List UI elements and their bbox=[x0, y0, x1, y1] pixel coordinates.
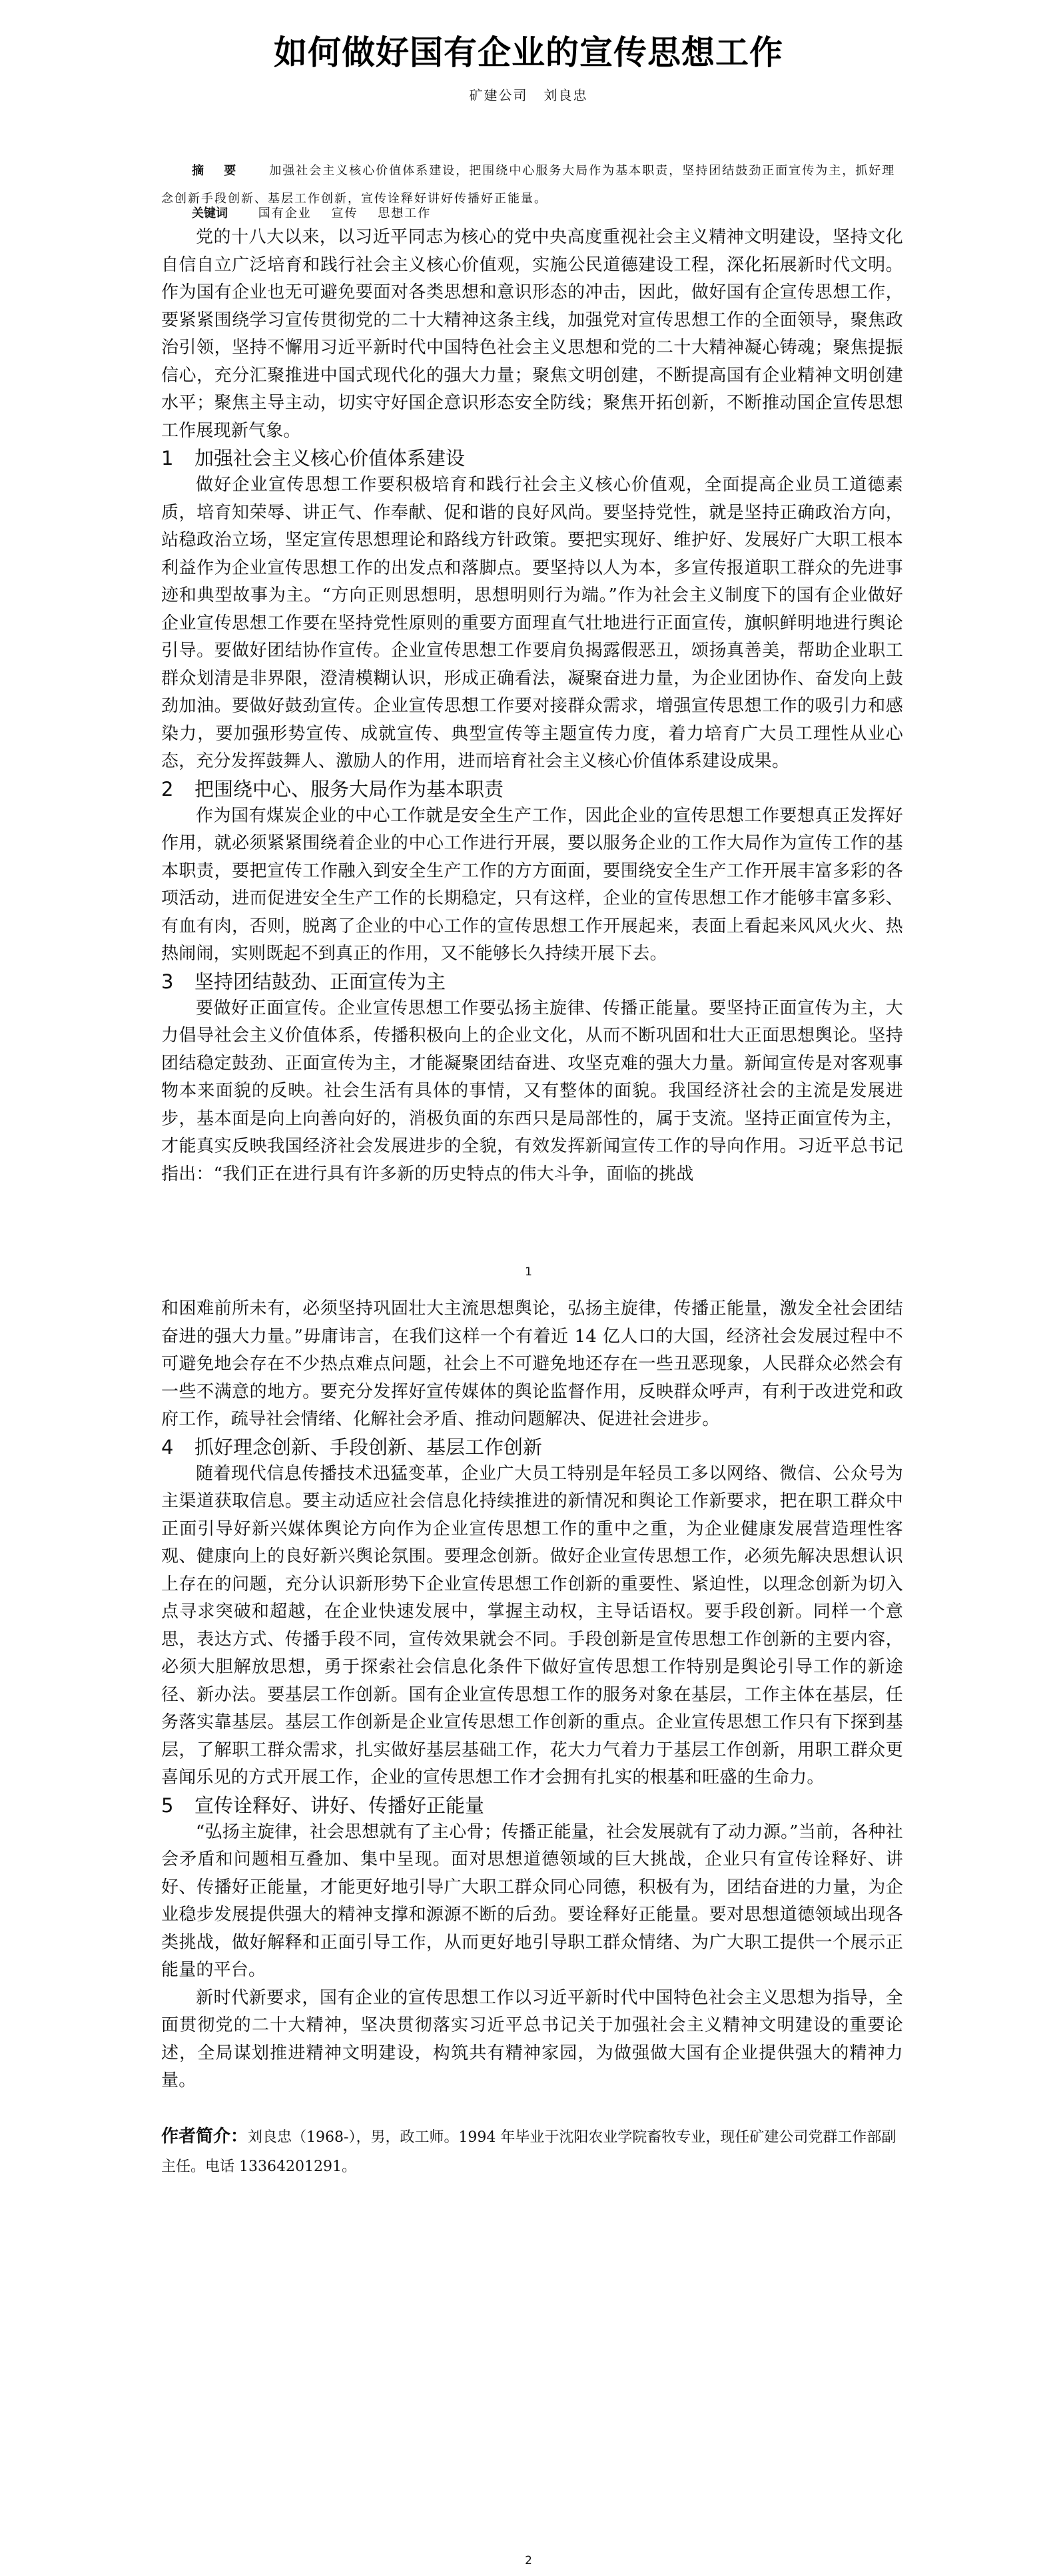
keywords: 关键词 国有企业 宣传 思想工作 bbox=[192, 204, 446, 224]
keyword: 国有企业 bbox=[258, 206, 312, 220]
page-number: 1 bbox=[0, 1265, 1057, 1279]
section-heading-2: 2把围绕中心、服务大局作为基本职责 bbox=[161, 776, 903, 803]
section-2-paragraph: 作为国有煤炭企业的中心工作就是安全生产工作，因此企业的宣传思想工作要想真正发挥好… bbox=[161, 803, 903, 968]
section-4-paragraph: 随着现代信息传播技术迅猛变革，企业广大员工特别是年轻员工多以网络、微信、公众号为… bbox=[161, 1460, 903, 1792]
section-heading-4: 4抓好理念创新、手段创新、基层工作创新 bbox=[161, 1434, 903, 1460]
section-1-paragraph: 做好企业宣传思想工作要积极培育和践行社会主义核心价值观，全面提高企业员工道德素质… bbox=[161, 472, 903, 776]
affiliation: 矿建公司 bbox=[470, 87, 528, 103]
section-5-paragraph: “弘扬主旋律，社会思想就有了主心骨；传播正能量，社会发展就有了动力源。”当前，各… bbox=[161, 1819, 903, 1985]
section-heading-3: 3坚持团结鼓劲、正面宣传为主 bbox=[161, 968, 903, 995]
keyword: 思想工作 bbox=[378, 206, 431, 220]
abstract-text: 加强社会主义核心价值体系建设，把围绕中心服务大局作为基本职责，坚持团结鼓劲正面宣… bbox=[161, 164, 895, 206]
keywords-label: 关键词 bbox=[192, 206, 228, 220]
page-number: 2 bbox=[0, 2554, 1057, 2567]
section-heading-5: 5宣传诠释好、讲好、传播好正能量 bbox=[161, 1792, 903, 1819]
section-title: 坚持团结鼓劲、正面宣传为主 bbox=[194, 970, 446, 993]
author-bio-text: 刘良忠（1968-），男，政工师。1994 年毕业于沈阳农业学院畜牧专业，现任矿… bbox=[161, 2129, 896, 2175]
conclusion-paragraph: 新时代新要求，国有企业的宣传思想工作以习近平新时代中国特色社会主义思想为指导，全… bbox=[161, 1985, 903, 2095]
author-name: 刘良忠 bbox=[544, 87, 588, 103]
section-title: 把围绕中心、服务大局作为基本职责 bbox=[194, 778, 504, 801]
page-1-body: 党的十八大以来，以习近平同志为核心的党中央高度重视社会主义精神文明建设，坚持文化… bbox=[161, 224, 903, 1188]
author-bio: 作者简介：刘良忠（1968-），男，政工师。1994 年毕业于沈阳农业学院畜牧专… bbox=[161, 2122, 903, 2182]
page-2-body: 和困难前所未有，必须坚持巩固壮大主流思想舆论，弘扬主旋律，传播正能量，激发全社会… bbox=[161, 1295, 903, 2182]
section-3-paragraph: 要做好正面宣传。企业宣传思想工作要弘扬主旋律、传播正能量。要坚持正面宣传为主，大… bbox=[161, 995, 903, 1189]
section-heading-1: 1加强社会主义核心价值体系建设 bbox=[161, 445, 903, 472]
section-3-continuation: 和困难前所未有，必须坚持巩固壮大主流思想舆论，弘扬主旋律，传播正能量，激发全社会… bbox=[161, 1295, 903, 1434]
section-title: 加强社会主义核心价值体系建设 bbox=[194, 447, 465, 470]
section-title: 宣传诠释好、讲好、传播好正能量 bbox=[194, 1794, 484, 1817]
section-number: 2 bbox=[161, 776, 194, 803]
section-number: 5 bbox=[161, 1792, 194, 1819]
author-bio-label: 作者简介： bbox=[161, 2126, 248, 2146]
section-number: 3 bbox=[161, 968, 194, 995]
section-number: 1 bbox=[161, 445, 194, 472]
section-number: 4 bbox=[161, 1434, 194, 1460]
section-title: 抓好理念创新、手段创新、基层工作创新 bbox=[194, 1436, 542, 1458]
intro-paragraph: 党的十八大以来，以习近平同志为核心的党中央高度重视社会主义精神文明建设，坚持文化… bbox=[161, 224, 903, 445]
document-title: 如何做好国有企业的宣传思想工作 bbox=[0, 29, 1057, 76]
keyword: 宣传 bbox=[331, 206, 358, 220]
abstract-label: 摘 要 bbox=[192, 164, 244, 178]
byline: 矿建公司刘良忠 bbox=[0, 85, 1057, 105]
